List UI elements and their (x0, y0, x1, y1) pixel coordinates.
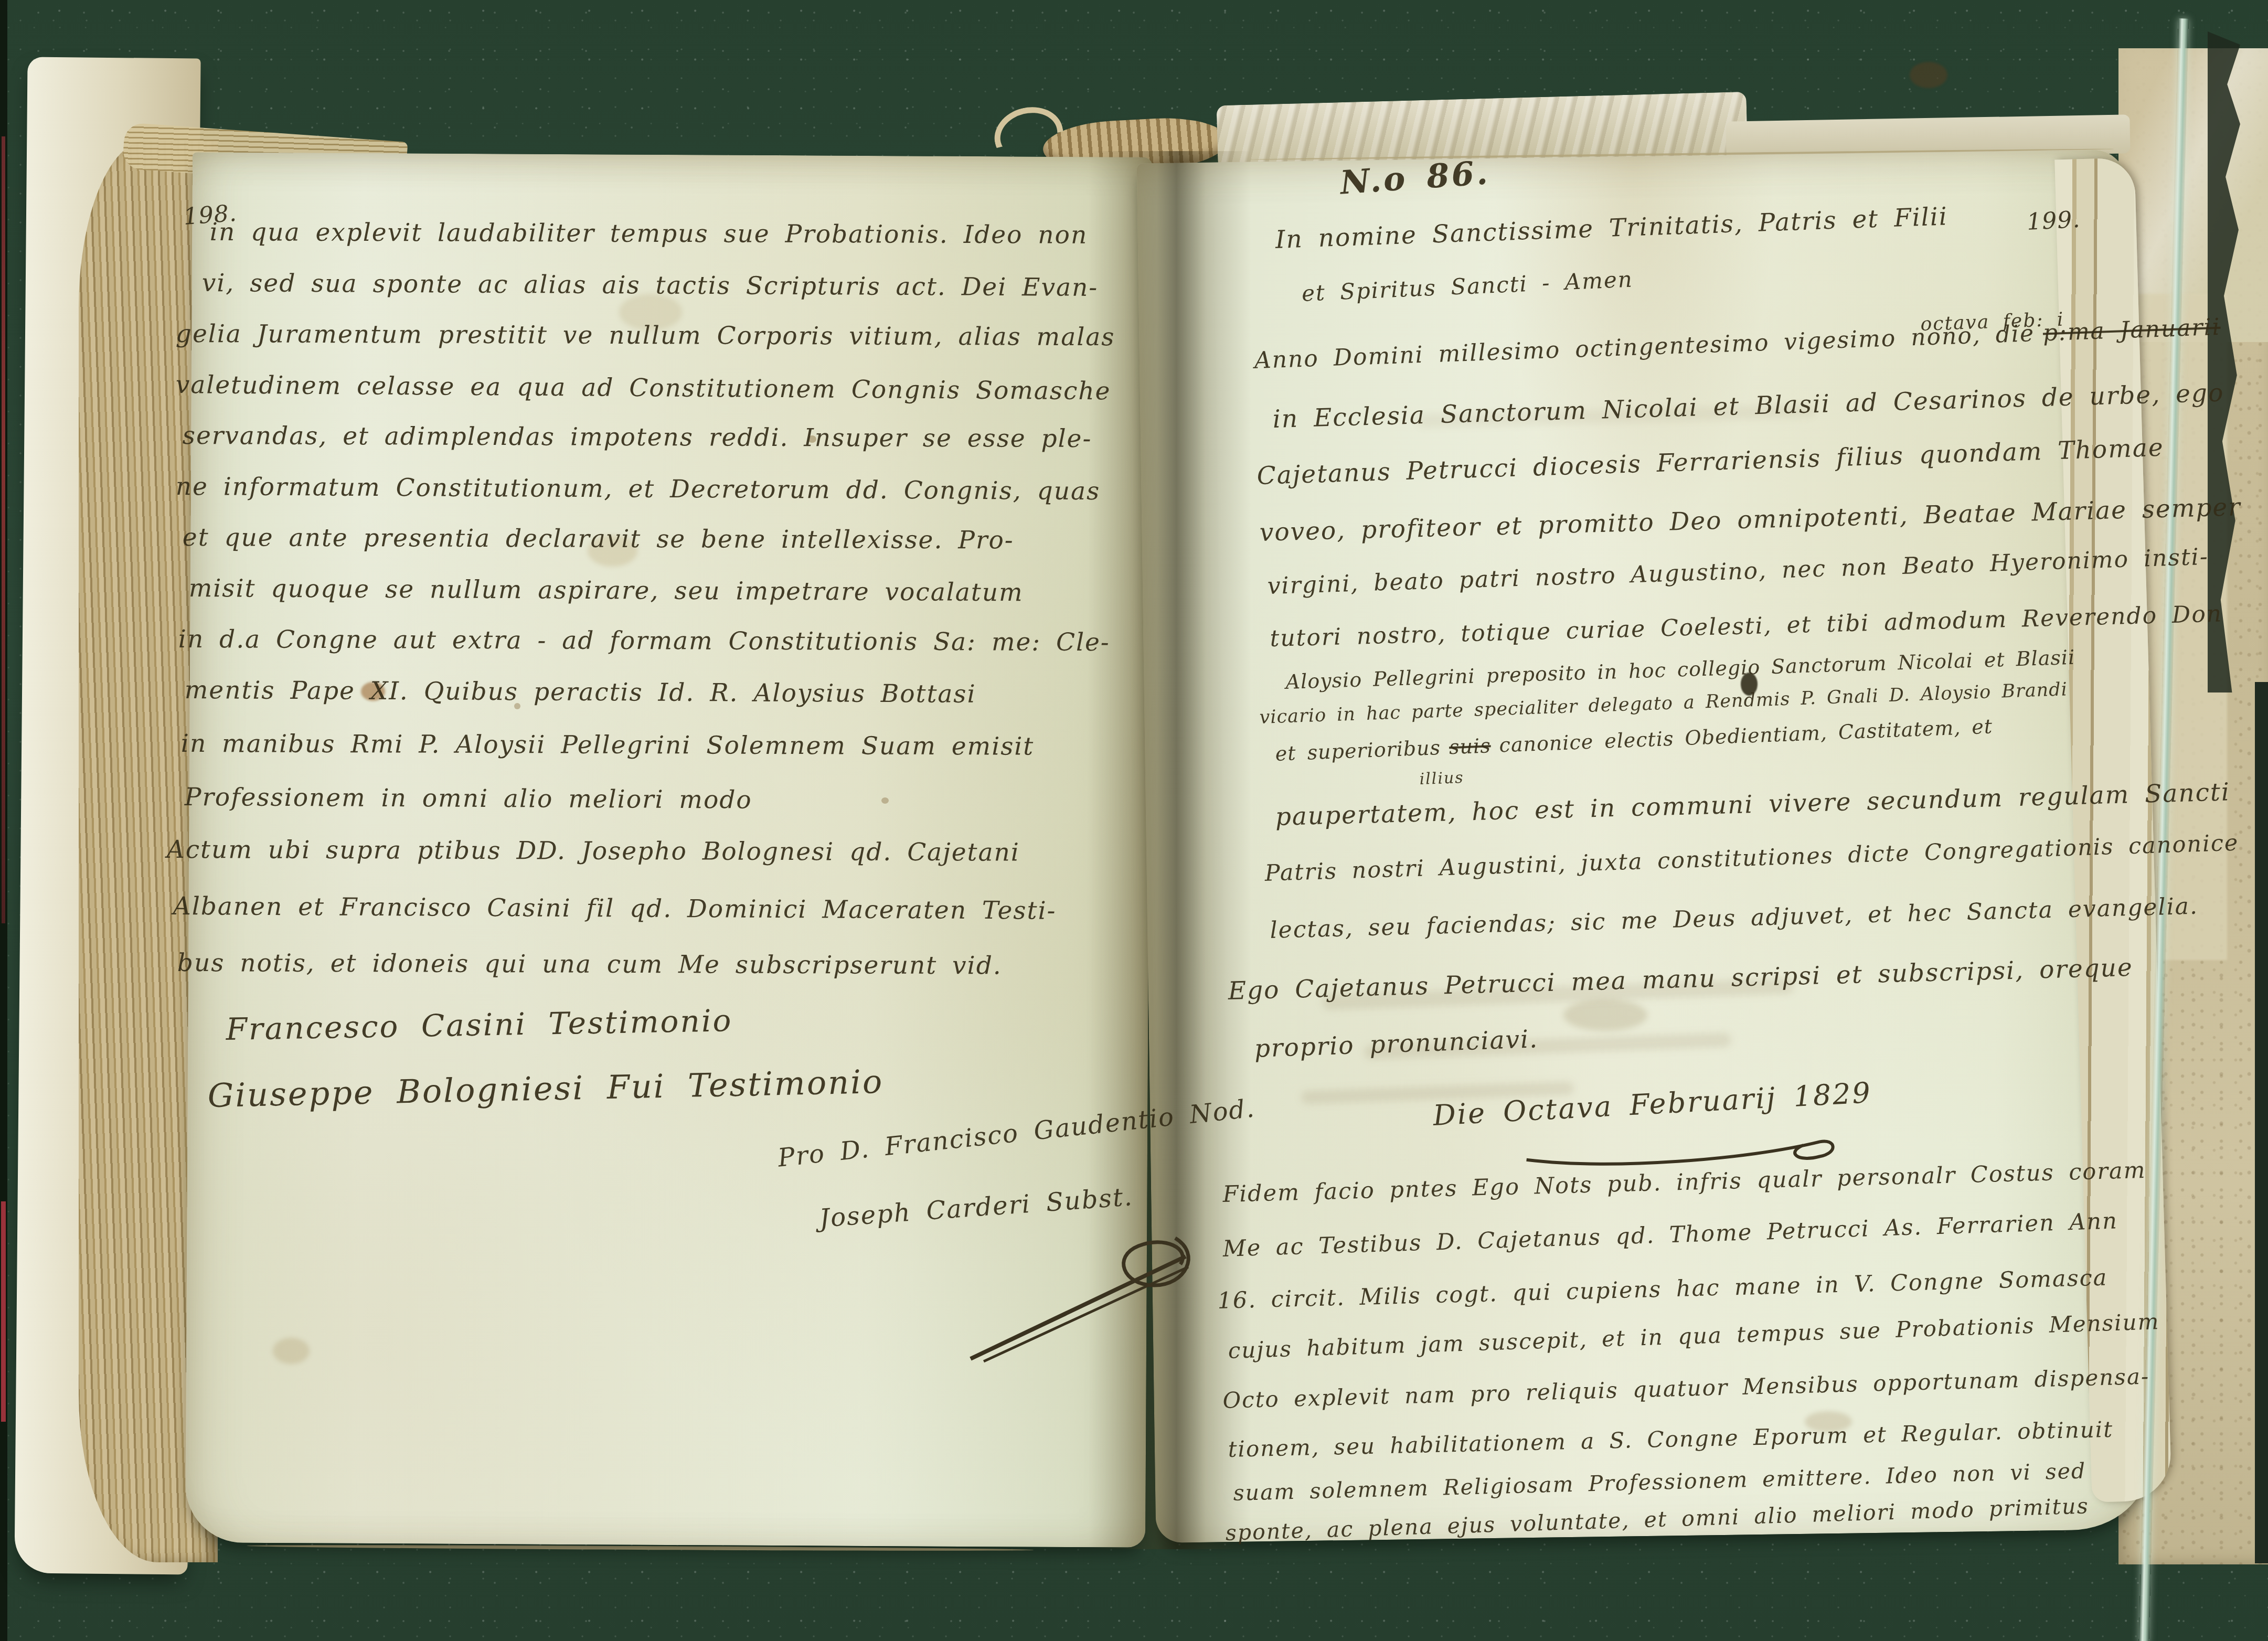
manuscript-line: ne informatum Constitutionum, et Decreto… (176, 472, 1101, 506)
manuscript-line: in manibus Rmi P. Aloysii Pellegrini Sol… (181, 729, 1035, 761)
subscript-insertion: illius (1419, 769, 1464, 788)
manuscript-line: misit quoque se nullum aspirare, seu imp… (189, 574, 1024, 607)
manuscript-scan: 198. in qua explevit laudabiliter tempus… (0, 0, 2268, 1641)
manuscript-line: servandas, et adimplendas impotens reddi… (183, 421, 1092, 453)
manuscript-line: bus notis, et idoneis qui una cum Me sub… (177, 949, 1002, 980)
manuscript-line: vi, sed sua sponte ac alias ais tactis S… (202, 269, 1099, 302)
dark-blot (1910, 62, 1947, 88)
manuscript-line: in qua explevit laudabiliter tempus sue … (210, 218, 1088, 250)
manuscript-line: gelia Juramentum prestitit ve nullum Cor… (176, 319, 1115, 351)
cover-dark-edge (2255, 682, 2268, 1563)
manuscript-line: Albanen et Francisco Casini fil qd. Domi… (173, 892, 1057, 925)
manuscript-line: Professionem in omni alio meliori modo (185, 783, 752, 815)
manuscript-line: in d.a Congne aut extra - ad formam Cons… (178, 625, 1110, 657)
paper-stain (1563, 999, 1647, 1031)
page-number-right: 199. (2026, 206, 2081, 236)
scan-edge-red-line (2, 136, 5, 923)
scan-edge-red-line-2 (1, 1201, 6, 1422)
paper-freckle (881, 797, 889, 804)
manuscript-line: et que ante presentia declaravit se bene… (183, 523, 1014, 555)
paper-stain (273, 1338, 310, 1364)
manuscript-line: mentis Pape XI. Quibus peractis Id. R. A… (185, 676, 976, 709)
strikethrough-text: suis (1449, 734, 1491, 759)
notary-flourish (955, 1207, 1207, 1364)
manuscript-line: Actum ubi supra ptibus DD. Josepho Bolog… (167, 835, 1020, 867)
